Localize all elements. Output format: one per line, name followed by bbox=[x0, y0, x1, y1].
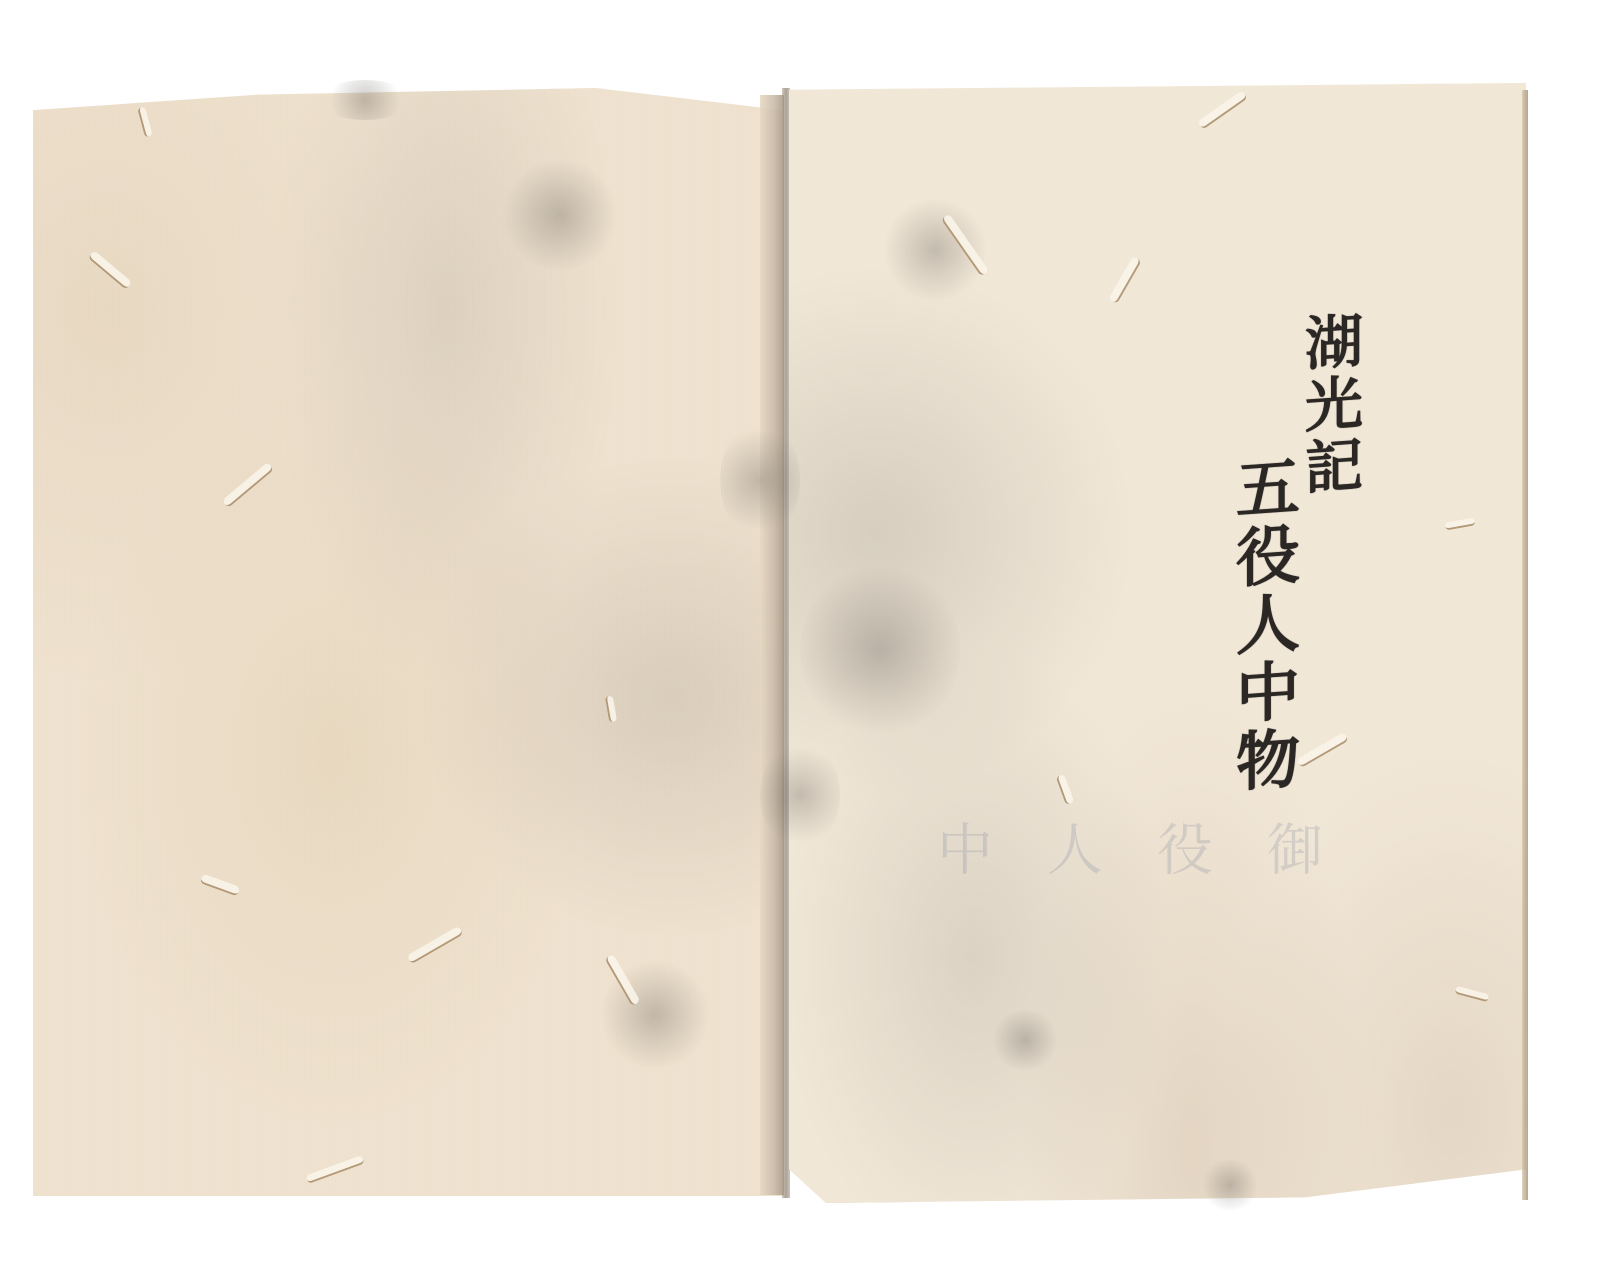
stain bbox=[990, 1010, 1060, 1070]
ghost-char: 中 bbox=[920, 820, 1000, 882]
ghost-char: 人 bbox=[1030, 820, 1110, 882]
show-through-text: 御 役 人 中 bbox=[890, 820, 1330, 882]
book-spread: 御 役 人 中 湖光記 五役人中物 bbox=[0, 0, 1600, 1280]
left-page-edge bbox=[760, 95, 784, 1195]
stain bbox=[760, 740, 840, 850]
stain bbox=[1200, 1160, 1260, 1210]
ghost-char: 御 bbox=[1250, 820, 1330, 882]
stain bbox=[320, 80, 410, 120]
calligraphy-column-1: 湖光記 bbox=[1300, 298, 1358, 822]
calligraphy-inscription: 湖光記 五役人中物 bbox=[1230, 300, 1358, 820]
book-gutter bbox=[782, 88, 790, 1198]
right-fore-edge bbox=[1522, 90, 1528, 1200]
stain bbox=[800, 560, 960, 740]
stain bbox=[500, 160, 620, 270]
calligraphy-column-2: 五役人中物 bbox=[1230, 298, 1294, 822]
stain bbox=[720, 420, 800, 540]
ghost-char: 役 bbox=[1140, 820, 1220, 882]
